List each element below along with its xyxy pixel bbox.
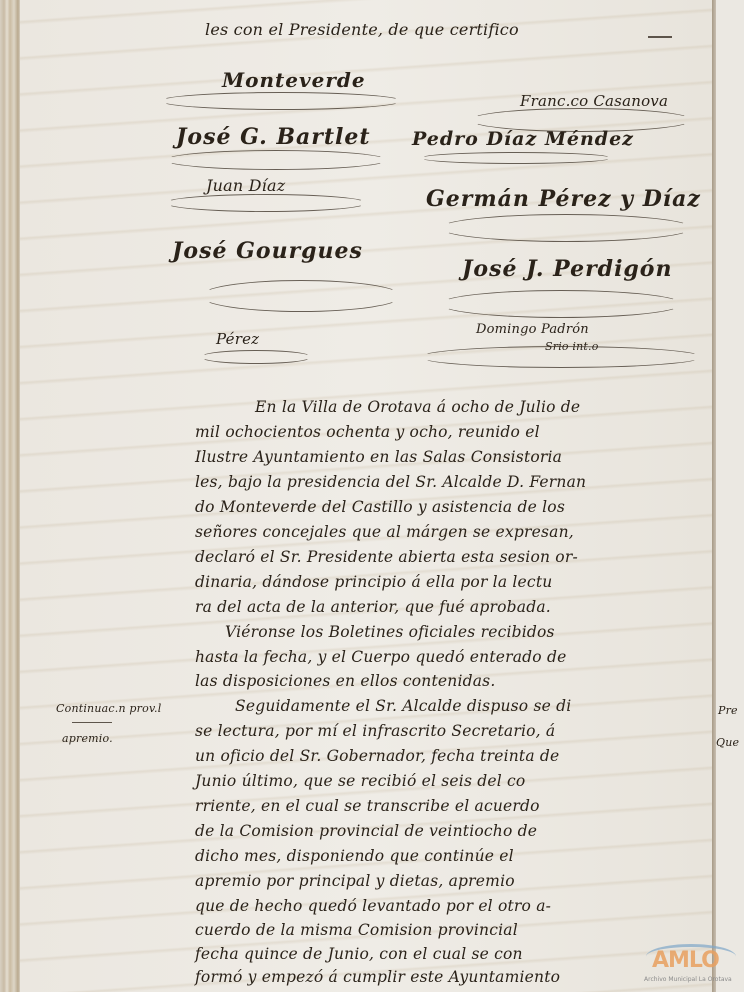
body-line: do Monteverde del Castillo y asistencia …: [195, 498, 565, 516]
signature-flourish: [420, 346, 702, 368]
body-line: Viéronse los Boletines oficiales recibid…: [225, 623, 555, 641]
adjacent-page: [716, 0, 744, 992]
body-line: Junio último, que se recibió el seis del…: [195, 772, 525, 790]
body-line: dicho mes, disponiendo que continúe el: [195, 847, 514, 865]
signature-diaz-mendez: Pedro Díaz Méndez: [412, 128, 634, 150]
body-line: un oficio del Sr. Gobernador, fecha trei…: [195, 747, 559, 765]
signature-flourish: [165, 150, 387, 170]
watermark-subtitle: Archivo Municipal La Orotava: [644, 976, 732, 983]
margin-note-subject: apremio.: [62, 732, 113, 745]
body-line: Seguidamente el Sr. Alcalde dispuso se d…: [235, 697, 571, 715]
signature-juan-diaz: Juan Díaz: [206, 176, 285, 195]
adjacent-margin-note: Que: [716, 736, 739, 749]
body-line: cuerdo de la misma Comision provincial: [195, 921, 518, 939]
top-line: les con el Presidente, de que certifico: [205, 20, 519, 39]
signature-flourish: [440, 290, 682, 318]
body-line: dinaria, dándose principio á ella por la…: [195, 573, 552, 591]
book-binding: [0, 0, 20, 992]
signature-padron: Domingo Padrón: [476, 322, 589, 337]
body-line: fecha quince de Junio, con el cual se co…: [195, 945, 523, 963]
signature-bartlet: José G. Bartlet: [176, 124, 371, 150]
margin-underline: [72, 722, 112, 723]
body-line: se lectura, por mí el infrascrito Secret…: [195, 722, 555, 740]
body-line: apremio por principal y dietas, apremio: [195, 872, 515, 890]
body-line: formó y empezó á cumplir este Ayuntamien…: [195, 968, 560, 986]
signature-monteverde: Monteverde: [222, 68, 366, 92]
signature-flourish: [160, 92, 402, 110]
signature-gourgues: José Gourgues: [172, 238, 363, 264]
body-line: señores concejales que al márgen se expr…: [195, 523, 574, 541]
body-line: las disposiciones en ellos contenidas.: [195, 672, 495, 690]
body-line: En la Villa de Orotava á ocho de Julio d…: [255, 398, 580, 416]
signature-perez-diaz: Germán Pérez y Díaz: [426, 186, 701, 212]
body-line: que de hecho quedó levantado por el otro…: [195, 897, 551, 915]
body-line: de la Comision provincial de veintiocho …: [195, 822, 537, 840]
body-line: hasta la fecha, y el Cuerpo quedó entera…: [195, 648, 566, 666]
signature-flourish: [165, 194, 367, 212]
watermark-logo: AMLO: [652, 948, 719, 973]
closing-dash: [648, 36, 672, 38]
body-line: les, bajo la presidencia del Sr. Alcalde…: [195, 473, 586, 491]
body-line: Ilustre Ayuntamiento en las Salas Consis…: [195, 448, 562, 466]
margin-note-title: Continuac.n prov.l: [56, 702, 161, 715]
body-line: mil ochocientos ochenta y ocho, reunido …: [195, 423, 540, 441]
signature-flourish: [420, 152, 612, 164]
body-line: ra del acta de la anterior, que fué apro…: [195, 598, 551, 616]
signature-flourish: [200, 350, 312, 364]
signature-perez: Pérez: [216, 330, 259, 348]
signature-perdigon: José J. Perdigón: [462, 256, 672, 282]
signature-flourish: [200, 280, 402, 312]
archive-watermark: AMLO Archivo Municipal La Orotava: [642, 948, 742, 988]
signature-flourish: [440, 214, 692, 242]
body-line: declaró el Sr. Presidente abierta esta s…: [195, 548, 578, 566]
body-line: rriente, en el cual se transcribe el acu…: [195, 797, 540, 815]
adjacent-margin-note: Pre: [718, 704, 738, 717]
